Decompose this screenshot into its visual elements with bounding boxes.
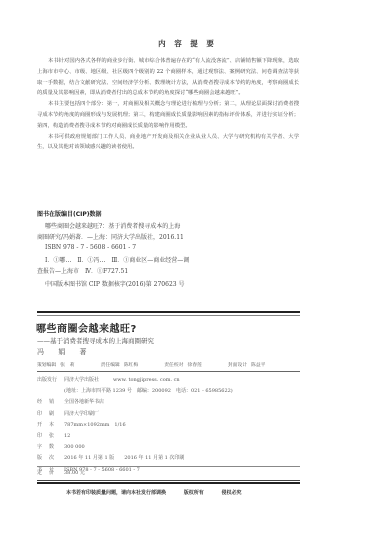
pub-label: 经销 <box>37 397 64 408</box>
abstract-body: 本书针对国内各式各样的商业步行街、城市综合体普遍存在的“有人流没客流”、店铺销售… <box>37 56 299 153</box>
pub-value: 同济大学印刷厂 <box>64 409 300 420</box>
editor-credit: 责任校对 徐春莲 <box>164 361 206 368</box>
cip-line: 商圈研究/冯娟著．—上海：同济大学出版社，2016.11 <box>37 233 257 244</box>
divider-thick <box>37 311 300 313</box>
abstract-paragraph: 本书主要包括四个部分：第一，对商圈及相关概念与理论进行梳理与分析；第二，从理论层… <box>37 99 299 131</box>
cip-line: Ⅰ．①哪… Ⅱ．①冯… Ⅲ．①商业区—商业经营—调 <box>37 256 257 267</box>
divider-thin <box>37 480 300 481</box>
pub-value: 全国各地新华书店 <box>64 397 300 408</box>
abstract-paragraph: 本书可供政府规划部门工作人员、商业地产开发商及相关企业从业人员、大学与研究机构有… <box>37 132 299 154</box>
pub-row: 开本 787mm×1092mm 1/16 <box>37 420 300 431</box>
price-value: 38.00 元 <box>64 469 85 476</box>
quality-notice: 本书若有印装质量问题，请向本社发行部调换 <box>66 490 166 496</box>
pub-label: 印张 <box>37 431 64 442</box>
pub-label: 版次 <box>37 453 64 464</box>
pub-value: 787mm×1092mm 1/16 <box>64 420 300 431</box>
editor-credit: 责任编辑 陈红梅 <box>101 361 143 368</box>
pub-row: 印张 12 <box>37 431 300 442</box>
footer-notice: 本书若有印装质量问题，请向本社发行部调换 版权所有 侵权必究 <box>66 489 258 496</box>
publisher-website: www. tongjipress. com. cn <box>113 375 180 386</box>
pub-value: 2016 年 11 月第 1 版 2016 年 11 月第 1 次印刷 <box>64 453 300 464</box>
abstract-paragraph: 本书针对国内各式各样的商业步行街、城市综合体普遍存在的“有人流没客流”、店铺销售… <box>37 56 299 99</box>
abstract-title: 内 容 提 要 <box>0 38 375 49</box>
editor-role: 策划编辑 <box>37 361 56 368</box>
divider-thin <box>37 315 300 316</box>
editor-role: 封面设计 <box>228 361 247 368</box>
editor-credit: 策划编辑 张 莉 <box>37 361 79 368</box>
cip-line: ISBN 978 - 7 - 5608 - 6601 - 7 <box>37 243 257 254</box>
publisher-label: 出版发行 <box>37 375 64 386</box>
pub-row: 经销 全国各地新华书店 <box>37 397 300 408</box>
piracy-notice: 侵权必究 <box>222 490 242 496</box>
copyright-page: 内 容 提 要 本书针对国内各式各样的商业步行街、城市综合体普遍存在的“有人流没… <box>0 0 375 535</box>
cip-block: 哪些商圈会越来越旺?：基于消费者搜寻成本的上海 商圈研究/冯娟著．—上海：同济大… <box>37 222 257 290</box>
publisher-address: (地址：上海市四平路 1239 号 邮编：200092 电话：021 - 659… <box>37 386 300 397</box>
pub-label: 印刷 <box>37 409 64 420</box>
divider-thick <box>37 482 300 484</box>
editor-name: 徐春莲 <box>187 361 201 368</box>
publication-info: 出版发行 同济大学出版社 www. tongjipress. com. cn (… <box>37 375 300 476</box>
pub-value: 300 000 <box>64 442 300 453</box>
price-row: 定价 38.00 元 <box>37 469 85 476</box>
publisher-name: 同济大学出版社 <box>64 375 99 386</box>
divider-thin <box>37 371 300 372</box>
pub-row: 字数 300 000 <box>37 442 300 453</box>
editor-name: 陈益平 <box>251 361 265 368</box>
pub-value: 12 <box>64 431 300 442</box>
pub-row: 版次 2016 年 11 月第 1 版 2016 年 11 月第 1 次印刷 <box>37 453 300 464</box>
editor-credit: 封面设计 陈益平 <box>228 361 270 368</box>
price-label: 定价 <box>37 469 64 476</box>
cip-title: 图书在版编目(CIP)数据 <box>37 209 102 218</box>
publisher-row: 出版发行 同济大学出版社 www. tongjipress. com. cn <box>37 375 300 386</box>
editor-role: 责任校对 <box>164 361 183 368</box>
book-title: 哪些商圈会越来越旺? <box>36 320 137 335</box>
copyright-notice: 版权所有 <box>184 490 204 496</box>
pub-row: 印刷 同济大学印刷厂 <box>37 409 300 420</box>
divider-thin <box>37 466 300 467</box>
book-author: 冯 娟 著 <box>37 347 92 357</box>
editor-name: 陈红梅 <box>124 361 138 368</box>
editor-name: 张 莉 <box>60 361 74 368</box>
pub-label: 字数 <box>37 442 64 453</box>
editor-role: 责任编辑 <box>101 361 120 368</box>
pub-label: 开本 <box>37 420 64 431</box>
cip-line: 哪些商圈会越来越旺?：基于消费者搜寻成本的上海 <box>37 222 257 233</box>
book-subtitle: ——基于消费者搜寻成本的上海商圈研究 <box>37 336 154 345</box>
cip-line: 中国版本图书馆 CIP 数据核字(2016)第 270623 号 <box>37 280 257 291</box>
cip-line: 查报告—上海市 Ⅳ．①F727.51 <box>37 267 257 278</box>
editor-credits: 策划编辑 张 莉 责任编辑 陈红梅 责任校对 徐春莲 封面设计 陈益平 <box>37 361 300 368</box>
